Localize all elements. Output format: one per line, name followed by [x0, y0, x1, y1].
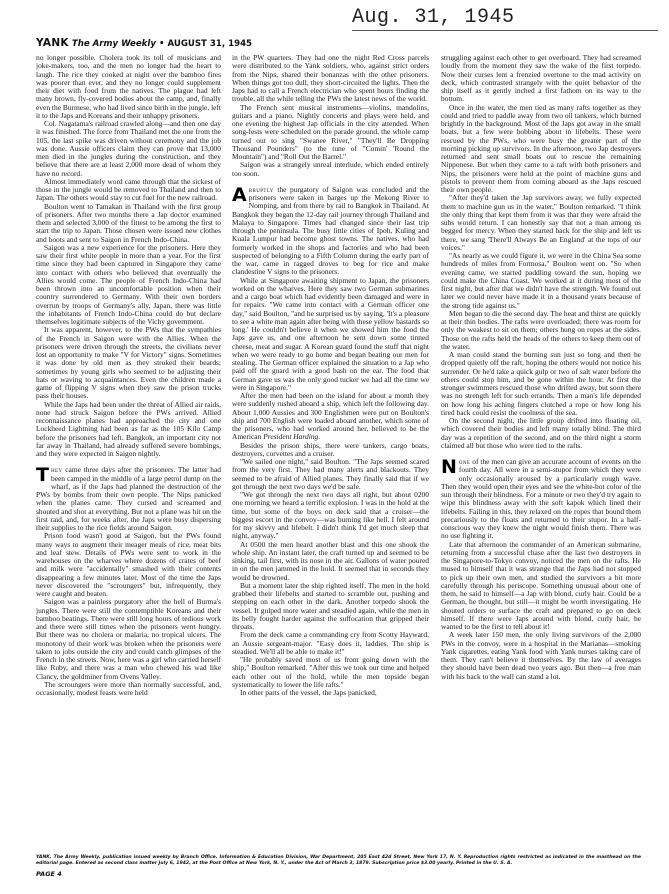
paragraph-text: the purgatory of Saigon was concluded an… [232, 185, 429, 277]
section-opening-paragraph: None of the men can give an accurate acc… [441, 458, 641, 541]
paragraph: While the Japs had been under the threat… [36, 401, 221, 459]
paragraph-end: . [318, 432, 320, 441]
drop-cap: N [441, 459, 457, 475]
paragraph: A man could stand the burning sun just s… [441, 351, 641, 417]
paragraph: While at Singapore awaiting shipment to … [232, 277, 429, 393]
publication-notice: YANK, The Army Weekly, publication issue… [36, 855, 641, 866]
drop-cap: A [232, 187, 247, 203]
paragraph: It was apparent, however, to the PWs tha… [36, 326, 221, 400]
paragraph: struggling against each other to get ove… [441, 54, 641, 104]
paragraph: But a moment later the ship righted itse… [232, 582, 429, 632]
paragraph-text: After the men had been on the island for… [232, 391, 429, 441]
paragraph: no longer possible. Cholera took its tol… [36, 54, 221, 120]
paragraph: At 0500 the men heard another blast and … [232, 541, 429, 582]
paragraph: in the PW quarters. They had one the nig… [232, 54, 429, 104]
paragraph: A week later 150 men, the only living su… [441, 631, 641, 681]
paragraph: "We got through the next two days all ri… [232, 491, 429, 541]
date-stamp: Aug. 31, 1945 [352, 6, 662, 29]
article-column-1: no longer possible. Cholera took its tol… [36, 54, 221, 834]
paragraph: On the second night, the little group dr… [441, 417, 641, 450]
paragraph: The French sent musical instruments—viol… [232, 104, 429, 162]
masthead-subtitle: The Army Weekly [72, 39, 156, 49]
section-opening-paragraph: They came three days after the prisoners… [36, 466, 221, 532]
section-opening-paragraph: Abruptly the purgatory of Saigon was con… [232, 186, 429, 277]
article-body: no longer possible. Cholera took its tol… [36, 54, 641, 834]
paragraph: Besides the prison ships, there were tan… [232, 442, 429, 459]
masthead-separator: • [159, 39, 165, 49]
paragraph: Almost immediately word came through tha… [36, 178, 221, 203]
paragraph: In other parts of the vessel, the Japs p… [232, 689, 429, 697]
paragraph: Late that afternoon the commander of an … [441, 541, 641, 632]
masthead-date: AUGUST 31, 1945 [167, 39, 252, 49]
paragraph-text: of the men can give an accurate account … [441, 457, 641, 540]
paragraph: Saigon was a painless purgatory after th… [36, 598, 221, 681]
article-column-2: in the PW quarters. They had one the nig… [232, 54, 429, 834]
drop-cap: T [36, 467, 49, 483]
paragraph: "We sailed one night," said Boulton. "Th… [232, 458, 429, 491]
paragraph: From the deck came a commanding cry from… [232, 631, 429, 656]
page-number: PAGE 4 [36, 870, 62, 878]
paragraph: Prison food wasn't good at Saigon, but t… [36, 532, 221, 598]
article-column-3: struggling against each other to get ove… [441, 54, 641, 834]
date-stamp-underline [352, 30, 658, 31]
paragraph: "He probably saved most of us from going… [232, 656, 429, 689]
paragraph: Saigon was a strangely unreal interlude,… [232, 161, 429, 178]
paragraph: "As nearly as we could figure it, we wer… [441, 252, 641, 310]
paragraph: Saigon was a new experience for the pris… [36, 244, 221, 327]
paragraph: "After they'd taken the Jap survivors aw… [441, 194, 641, 252]
date-stamp-text: Aug. 31, 1945 [352, 6, 515, 29]
masthead: YANK The Army Weekly • AUGUST 31, 1945 [36, 37, 252, 49]
ship-name: President Harding [263, 432, 318, 441]
paragraph: Men began to die the second day. The hea… [441, 310, 641, 351]
paragraph: After the men had been on the island for… [232, 392, 429, 442]
paragraph: Boulton went to Tamakan in Thailand with… [36, 203, 221, 244]
paragraph: Once in the water, the men tied as many … [441, 104, 641, 195]
paragraph: Col. Nagatama's railroad crawled along—a… [36, 120, 221, 178]
paragraph-text: came three days after the prisoners. The… [36, 465, 221, 532]
paragraph: The scroungers were more than normally s… [36, 681, 221, 698]
masthead-brand: YANK [36, 37, 69, 49]
